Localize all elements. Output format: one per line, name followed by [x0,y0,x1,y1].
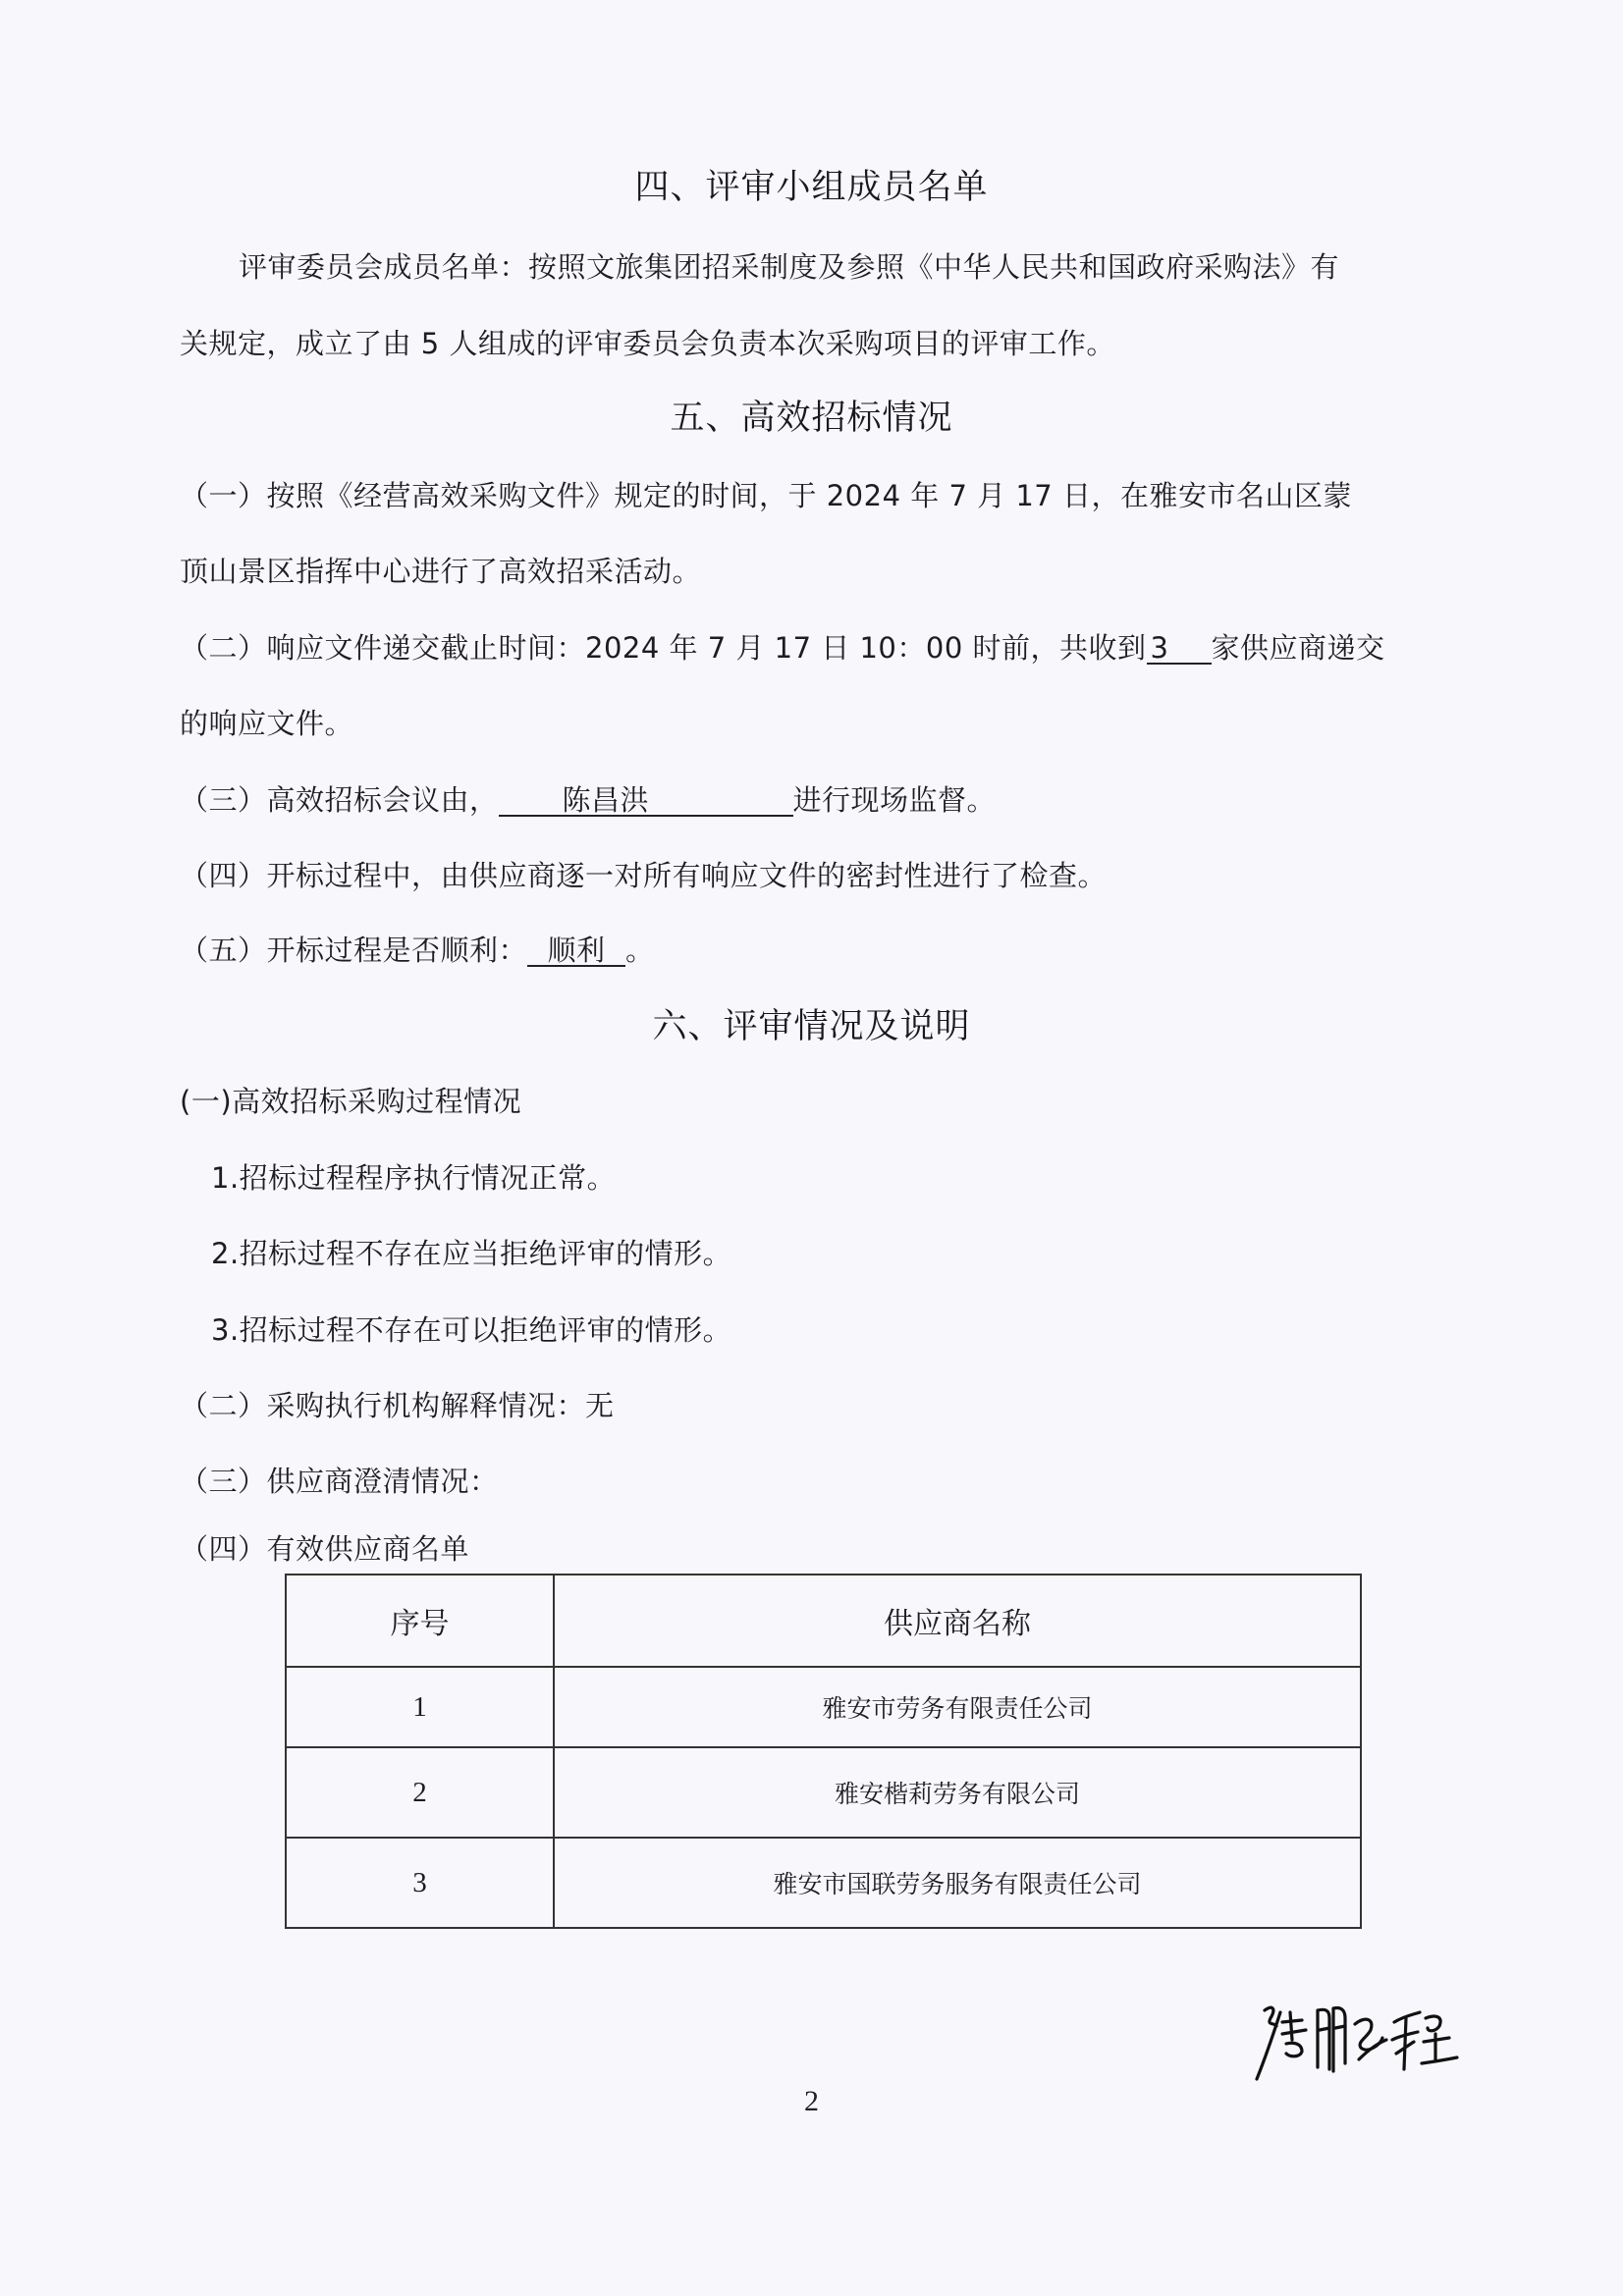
section-6-sub-2: （二）采购执行机构解释情况：无 [180,1384,615,1424]
item-2-prefix: （二）响应文件递交截止时间：2024 年 7 月 17 日 10：00 时前，共… [180,631,1147,665]
section-5-item-4: （四）开标过程中，由供应商逐一对所有响应文件的密封性进行了检查。 [180,854,1107,894]
supplier-count-field: 3 [1147,633,1212,665]
section-4-paragraph-line-1: 评审委员会成员名单：按照文旅集团招采制度及参照《中华人民共和国政府采购法》有 [239,245,1339,286]
document-page: 四、评审小组成员名单 评审委员会成员名单：按照文旅集团招采制度及参照《中华人民共… [0,0,1623,2296]
section-6-point-2: 2.招标过程不存在应当拒绝评审的情形。 [211,1232,731,1272]
section-5-item-3: （三）高效招标会议由，陈昌洪进行现场监督。 [180,778,996,819]
table-row: 3 雅安市国联劳务服务有限责任公司 [286,1838,1361,1928]
section-5-item-2-line-2: 的响应文件。 [180,702,353,742]
item-5-suffix: 。 [625,934,655,967]
section-5-item-5: （五）开标过程是否顺利：顺利。 [180,929,655,969]
section-6-sub-1-title: (一)高效招标采购过程情况 [180,1080,521,1120]
table-row: 1 雅安市劳务有限责任公司 [286,1667,1361,1747]
section-5-item-2-line-1: （二）响应文件递交截止时间：2024 年 7 月 17 日 10：00 时前，共… [180,626,1385,667]
row-number: 2 [286,1747,554,1838]
page-number: 2 [0,2085,1623,2118]
section-6-sub-3: （三）供应商澄清情况： [180,1460,499,1500]
section-5-item-1-line-2: 顶山景区指挥中心进行了高效招采活动。 [180,550,701,590]
section-6-point-1: 1.招标过程程序执行情况正常。 [211,1156,616,1197]
item-3-suffix: 进行现场监督。 [793,783,997,817]
item-5-prefix: （五）开标过程是否顺利： [180,934,527,967]
row-number: 3 [286,1838,554,1928]
section-4-title: 四、评审小组成员名单 [0,160,1623,209]
section-5-title: 五、高效招标情况 [0,391,1623,440]
handwritten-signature-icon [1247,1983,1473,2081]
valid-suppliers-table: 序号 供应商名称 1 雅安市劳务有限责任公司 2 雅安楷莉劳务有限公司 3 雅安… [285,1574,1362,1929]
section-5-item-1-line-1: （一）按照《经营高效采购文件》规定的时间，于 2024 年 7 月 17 日，在… [180,474,1352,514]
column-header-supplier-name: 供应商名称 [554,1575,1361,1667]
section-6-sub-4-title: （四）有效供应商名单 [180,1527,469,1568]
supervisor-name-field: 陈昌洪 [499,785,793,817]
item-2-suffix: 家供应商递交 [1212,631,1385,665]
supplier-name: 雅安市国联劳务服务有限责任公司 [554,1838,1361,1928]
item-3-prefix: （三）高效招标会议由， [180,783,499,817]
supplier-name: 雅安楷莉劳务有限公司 [554,1747,1361,1838]
supplier-name: 雅安市劳务有限责任公司 [554,1667,1361,1747]
opening-smooth-field: 顺利 [527,935,625,967]
section-4-paragraph-line-2: 关规定，成立了由 5 人组成的评审委员会负责本次采购项目的评审工作。 [180,322,1115,362]
column-header-number: 序号 [286,1575,554,1667]
section-6-title: 六、评审情况及说明 [0,999,1623,1048]
table-row: 2 雅安楷莉劳务有限公司 [286,1747,1361,1838]
row-number: 1 [286,1667,554,1747]
table-header-row: 序号 供应商名称 [286,1575,1361,1667]
section-6-point-3: 3.招标过程不存在可以拒绝评审的情形。 [211,1308,731,1349]
